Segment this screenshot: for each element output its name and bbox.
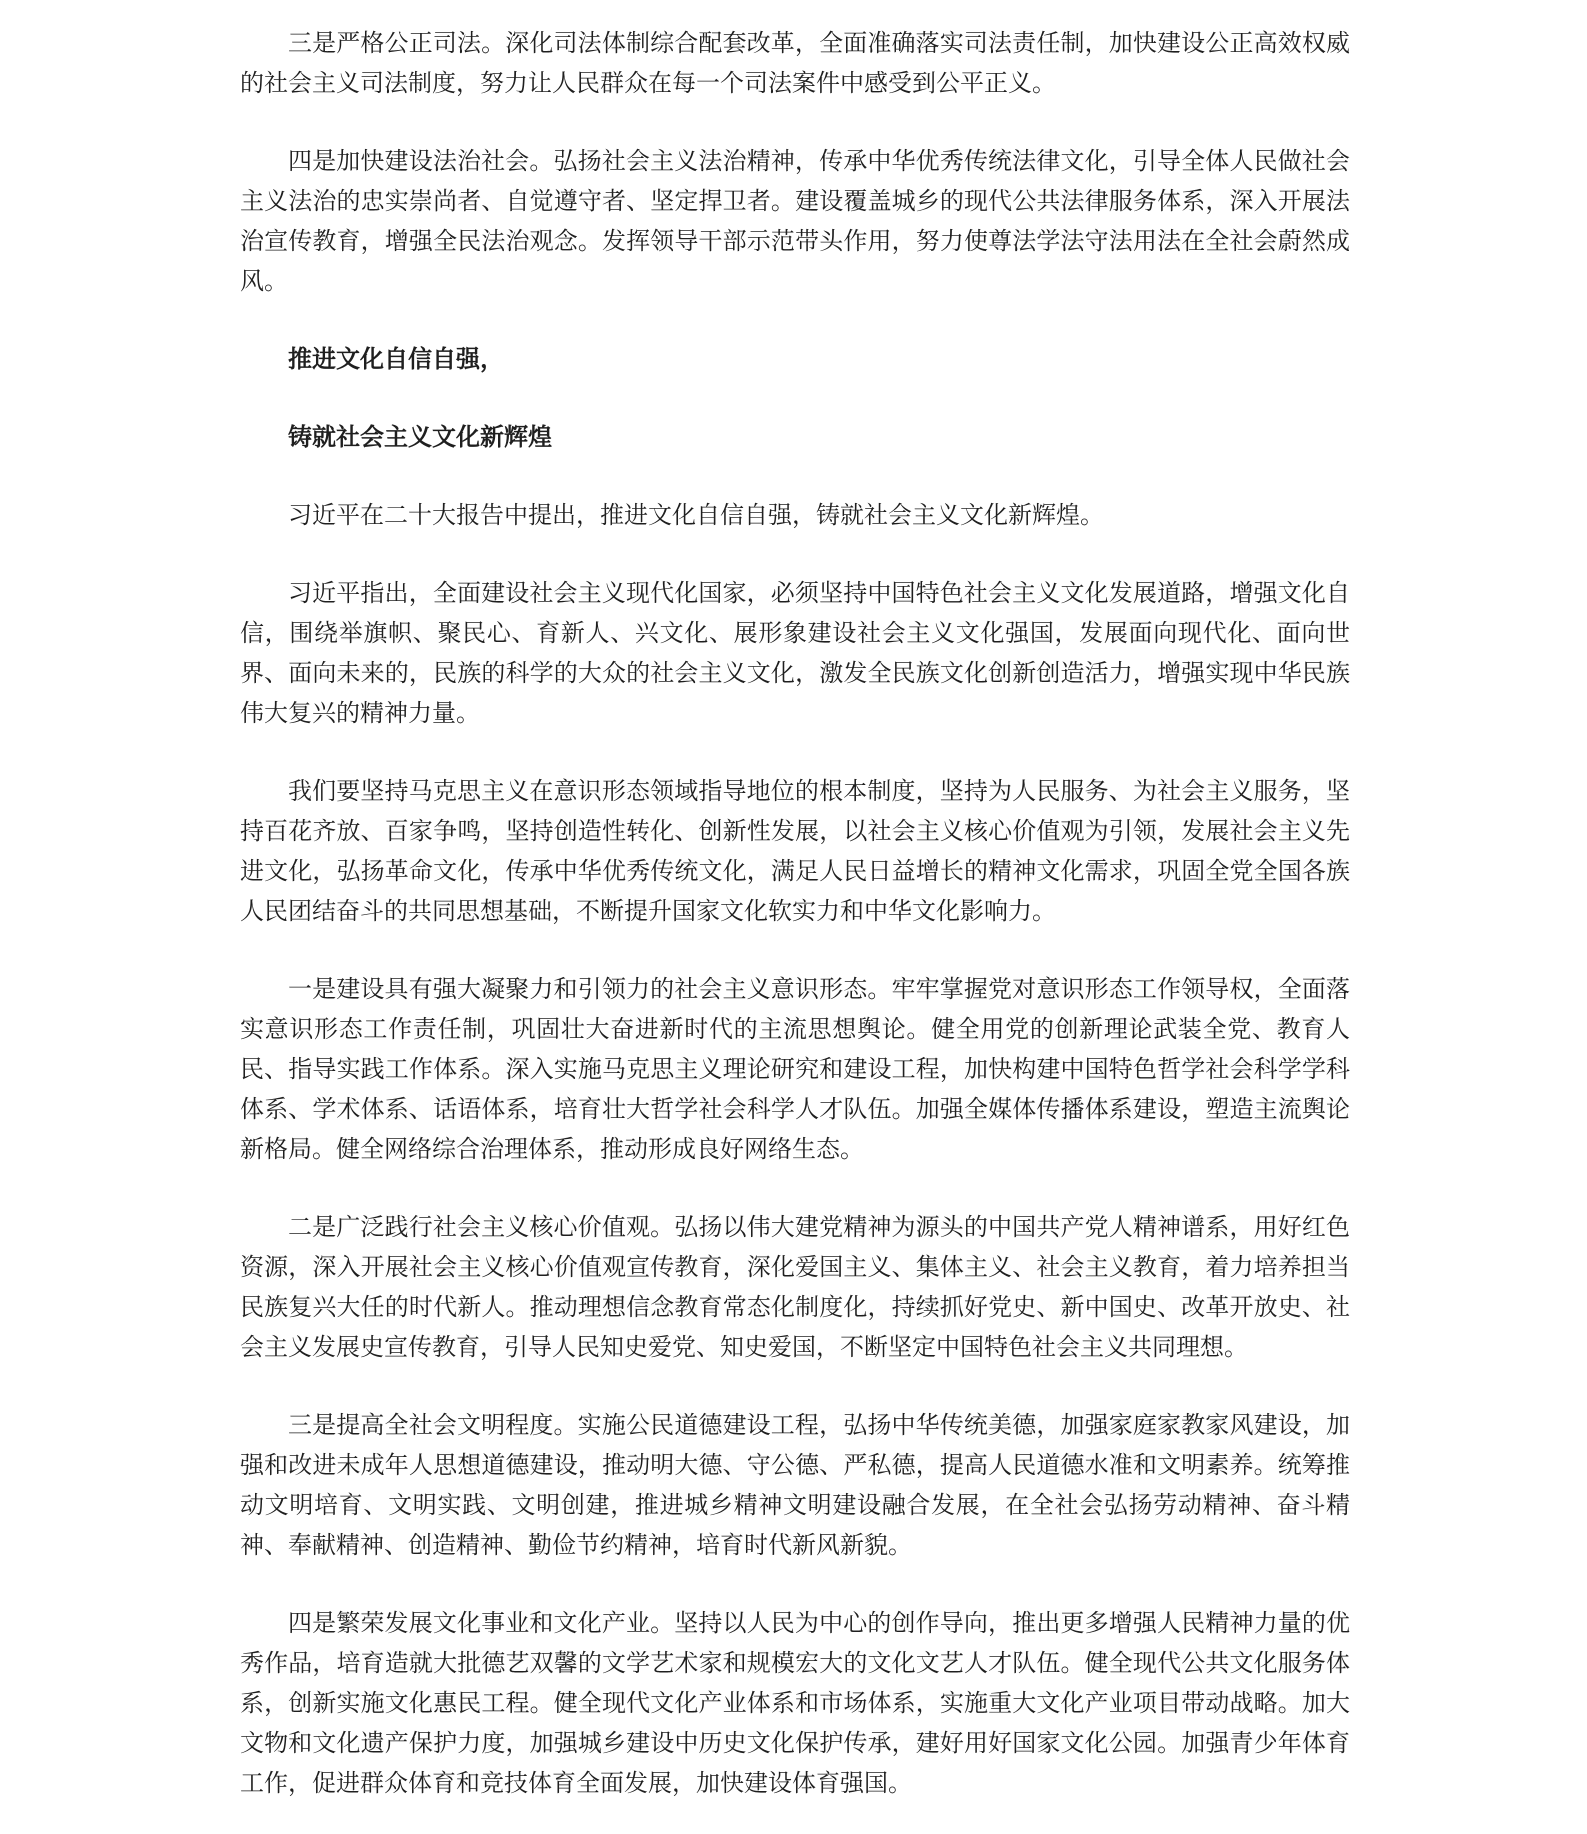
paragraph: 习近平在二十大报告中提出，推进文化自信自强，铸就社会主义文化新辉煌。 (240, 496, 1350, 536)
section-heading: 铸就社会主义文化新辉煌 (240, 418, 1350, 458)
paragraph: 一是建设具有强大凝聚力和引领力的社会主义意识形态。牢牢掌握党对意识形态工作领导权… (240, 970, 1350, 1170)
paragraph: 二是广泛践行社会主义核心价值观。弘扬以伟大建党精神为源头的中国共产党人精神谱系，… (240, 1208, 1350, 1368)
paragraph: 三是严格公正司法。深化司法体制综合配套改革，全面准确落实司法责任制，加快建设公正… (240, 24, 1350, 104)
document-page: 三是严格公正司法。深化司法体制综合配套改革，全面准确落实司法责任制，加快建设公正… (0, 0, 1587, 1834)
paragraph: 我们要坚持马克思主义在意识形态领域指导地位的根本制度，坚持为人民服务、为社会主义… (240, 772, 1350, 932)
section-heading: 推进文化自信自强， (240, 340, 1350, 380)
paragraph: 四是繁荣发展文化事业和文化产业。坚持以人民为中心的创作导向，推出更多增强人民精神… (240, 1604, 1350, 1804)
paragraph: 四是加快建设法治社会。弘扬社会主义法治精神，传承中华优秀传统法律文化，引导全体人… (240, 142, 1350, 302)
paragraph: 习近平指出，全面建设社会主义现代化国家，必须坚持中国特色社会主义文化发展道路，增… (240, 574, 1350, 734)
paragraph: 三是提高全社会文明程度。实施公民道德建设工程，弘扬中华传统美德，加强家庭家教家风… (240, 1406, 1350, 1566)
